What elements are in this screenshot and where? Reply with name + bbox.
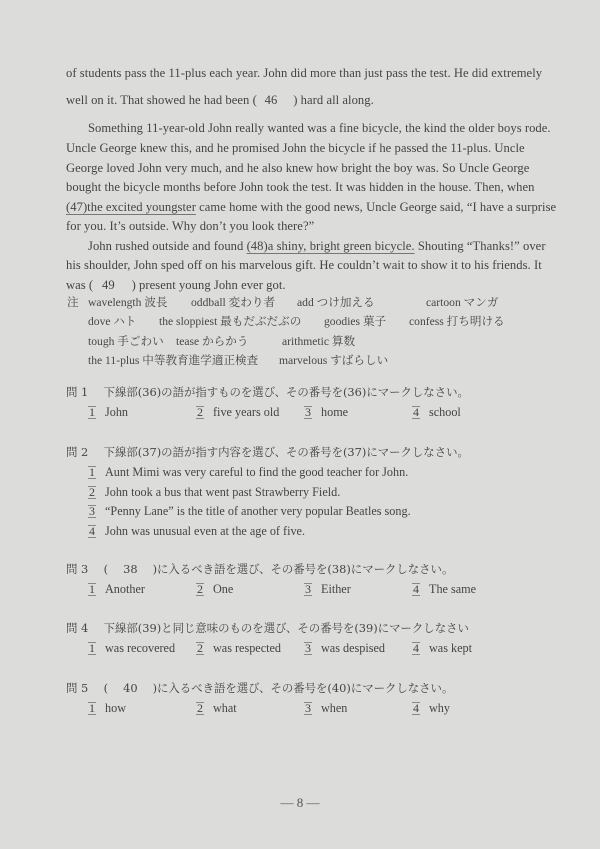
note-item: goodies 菓子 — [324, 313, 386, 329]
answer-option[interactable]: 2One — [196, 582, 233, 597]
passage-text: was ( — [66, 278, 93, 292]
answer-option[interactable]: 4why — [412, 701, 450, 716]
option-number-box: 3 — [304, 406, 312, 419]
question-text: 下線部(39)と同じ意味のものを選び、その番号を(39)にマークしなさい — [104, 621, 469, 635]
option-text: five years old — [213, 405, 279, 419]
note-item: wavelength 波長 — [88, 294, 168, 310]
answer-option[interactable]: 2five years old — [196, 405, 279, 420]
note-item: marvelous すばらしい — [279, 352, 388, 368]
option-text: “Penny Lane” is the title of another ver… — [105, 504, 411, 518]
page-number: — 8 — — [0, 795, 600, 811]
option-text: school — [429, 405, 461, 419]
option-number-box: 2 — [196, 406, 204, 419]
answer-option[interactable]: 1was recovered — [88, 641, 175, 656]
passage-line: (47)the excited youngster came home with… — [66, 200, 556, 215]
answer-option[interactable]: 1John — [88, 405, 128, 420]
option-text: One — [213, 582, 233, 596]
underline-48: (48)a shiny, bright green bicycle. — [247, 239, 415, 253]
question-prompt: 問 1 下線部(36)の語が指すものを選び、その番号を(36)にマークしなさい。 — [66, 384, 469, 400]
answer-option[interactable]: 4The same — [412, 582, 476, 597]
passage-text: well on it. That showed he had been ( — [66, 93, 257, 107]
option-number-box: 2 — [196, 583, 204, 596]
blank-46: 46 — [260, 93, 282, 108]
note-item: confess 打ち明ける — [409, 313, 505, 329]
option-text: Another — [105, 582, 145, 596]
option-text: was despised — [321, 641, 385, 655]
option-text: was recovered — [105, 641, 175, 655]
note-item: the 11-plus 中等教育進学適正検査 — [88, 352, 258, 368]
question-text: ( 38 )に入るべき語を選び、その番号を(38)にマークしなさい。 — [104, 562, 454, 576]
option-text: John took a bus that went past Strawberr… — [105, 485, 340, 499]
underline-47: (47)the excited youngster — [66, 200, 196, 214]
option-number-box: 1 — [88, 642, 96, 655]
note-item: tough 手ごわい — [88, 333, 164, 349]
option-text: was kept — [429, 641, 472, 655]
option-number-box: 1 — [88, 406, 96, 419]
option-text: John — [105, 405, 128, 419]
answer-option[interactable]: 4was kept — [412, 641, 472, 656]
question-number: 問 2 — [66, 444, 100, 460]
answer-option[interactable]: 1how — [88, 701, 126, 716]
answer-option[interactable]: 3was despised — [304, 641, 385, 656]
passage-line: Something 11-year-old John really wanted… — [88, 121, 551, 136]
answer-option[interactable]: 4John was unusual even at the age of fiv… — [88, 524, 305, 539]
question-prompt: 問 2 下線部(37)の語が指す内容を選び、その番号を(37)にマークしなさい。 — [66, 444, 469, 460]
answer-option[interactable]: 3home — [304, 405, 348, 420]
option-number-box: 4 — [412, 642, 420, 655]
option-number-box: 3 — [304, 642, 312, 655]
option-text: when — [321, 701, 347, 715]
answer-option[interactable]: 2was respected — [196, 641, 281, 656]
option-number-box: 4 — [412, 583, 420, 596]
question-prompt: 問 3 ( 38 )に入るべき語を選び、その番号を(38)にマークしなさい。 — [66, 561, 453, 577]
passage-line: his shoulder, John sped off on his marve… — [66, 258, 542, 273]
option-text: was respected — [213, 641, 281, 655]
blank-49: 49 — [96, 278, 120, 293]
option-number-box: 3 — [304, 583, 312, 596]
option-number-box: 4 — [412, 702, 420, 715]
option-text: John was unusual even at the age of five… — [105, 524, 305, 538]
answer-option[interactable]: 3when — [304, 701, 347, 716]
passage-text: came home with the good news, Uncle Geor… — [199, 200, 556, 214]
passage-line: bought the bicycle months before John to… — [66, 180, 534, 195]
passage-text: John rushed outside and found — [88, 239, 243, 253]
answer-option[interactable]: 1Another — [88, 582, 145, 597]
passage-line: was ( 49 ) present young John ever got. — [66, 278, 286, 293]
option-text: Aunt Mimi was very careful to find the g… — [105, 465, 408, 479]
notes-mark: 注 — [67, 294, 79, 310]
option-number-box: 2 — [196, 702, 204, 715]
option-number-box: 1 — [88, 583, 96, 596]
option-text: The same — [429, 582, 476, 596]
answer-option[interactable]: 3“Penny Lane” is the title of another ve… — [88, 504, 411, 519]
note-item: tease からかう — [176, 333, 248, 349]
answer-option[interactable]: 3Either — [304, 582, 351, 597]
note-item: the sloppiest 最もだぶだぶの — [159, 313, 301, 329]
note-item: dove ハト — [88, 313, 136, 329]
option-number-box: 3 — [88, 505, 96, 518]
note-item: oddball 変わり者 — [191, 294, 275, 310]
question-number: 問 1 — [66, 384, 100, 400]
passage-line: George loved John very much, and he also… — [66, 161, 529, 176]
question-number: 問 5 — [66, 680, 100, 696]
passage-text: ) hard all along. — [293, 93, 374, 107]
option-number-box: 1 — [88, 702, 96, 715]
answer-option[interactable]: 1Aunt Mimi was very careful to find the … — [88, 465, 408, 480]
passage-line: John rushed outside and found (48)a shin… — [88, 239, 546, 254]
note-item: cartoon マンガ — [426, 294, 498, 310]
exam-page: of students pass the 11-plus each year. … — [0, 0, 600, 849]
question-prompt: 問 4 下線部(39)と同じ意味のものを選び、その番号を(39)にマークしなさい — [66, 620, 469, 636]
question-text: ( 40 )に入るべき語を選び、その番号を(40)にマークしなさい。 — [104, 681, 454, 695]
answer-option[interactable]: 2John took a bus that went past Strawber… — [88, 485, 340, 500]
option-number-box: 3 — [304, 702, 312, 715]
option-text: why — [429, 701, 450, 715]
option-text: Either — [321, 582, 351, 596]
passage-line: of students pass the 11-plus each year. … — [66, 66, 542, 81]
option-number-box: 2 — [196, 642, 204, 655]
option-text: how — [105, 701, 126, 715]
answer-option[interactable]: 2what — [196, 701, 237, 716]
passage-line: Uncle George knew this, and he promised … — [66, 141, 525, 156]
option-number-box: 4 — [88, 525, 96, 538]
note-item: arithmetic 算数 — [282, 333, 355, 349]
question-text: 下線部(37)の語が指す内容を選び、その番号を(37)にマークしなさい。 — [104, 445, 469, 459]
passage-line: well on it. That showed he had been ( 46… — [66, 93, 374, 108]
passage-line: for you. It’s outside. Why don’t you loo… — [66, 219, 314, 234]
option-number-box: 1 — [88, 466, 96, 479]
question-text: 下線部(36)の語が指すものを選び、その番号を(36)にマークしなさい。 — [104, 385, 469, 399]
question-number: 問 4 — [66, 620, 100, 636]
passage-text: ) present young John ever got. — [132, 278, 286, 292]
option-number-box: 4 — [412, 406, 420, 419]
question-number: 問 3 — [66, 561, 100, 577]
passage-text: Shouting “Thanks!” over — [418, 239, 546, 253]
option-text: home — [321, 405, 348, 419]
note-item: add つけ加える — [297, 294, 375, 310]
question-prompt: 問 5 ( 40 )に入るべき語を選び、その番号を(40)にマークしなさい。 — [66, 680, 453, 696]
option-number-box: 2 — [88, 486, 96, 499]
option-text: what — [213, 701, 237, 715]
answer-option[interactable]: 4school — [412, 405, 461, 420]
